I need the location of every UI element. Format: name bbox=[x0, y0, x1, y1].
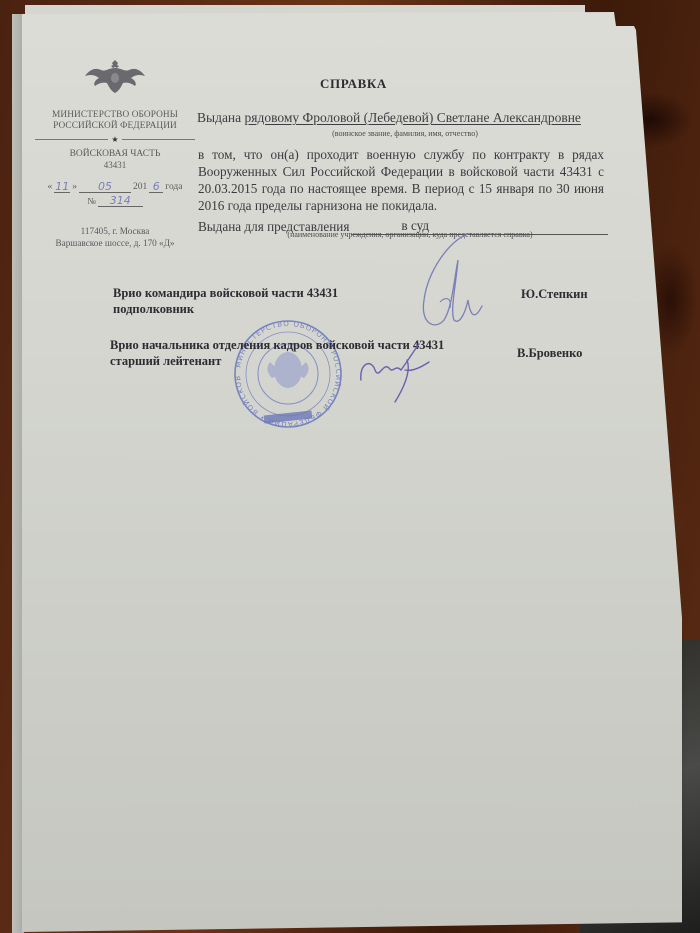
signatory-1-title: Врио командира войсковой части 43431 bbox=[113, 285, 338, 301]
double-headed-eagle-icon bbox=[80, 56, 150, 96]
address-line-2: Варшавское шоссе, д. 170 «Д» bbox=[35, 237, 195, 249]
header-divider: ★ bbox=[35, 134, 195, 145]
unit-label: ВОЙСКОВАЯ ЧАСТЬ bbox=[35, 149, 195, 160]
letterhead: МИНИСТЕРСТВО ОБОРОНЫ РОССИЙСКОЙ ФЕДЕРАЦИ… bbox=[35, 56, 195, 249]
recipient-name: рядовому Фроловой (Лебедевой) Светлане А… bbox=[245, 110, 581, 125]
certificate-body: в том, что он(а) проходит военную службу… bbox=[198, 146, 604, 214]
date-year-word: года bbox=[165, 182, 182, 193]
signatory-2-position: Врио начальника отделения кадров войсков… bbox=[110, 337, 444, 369]
date-month: 05 bbox=[79, 181, 131, 193]
number-value: 314 bbox=[98, 195, 143, 207]
signatory-2-title: Врио начальника отделения кадров войсков… bbox=[110, 337, 444, 353]
document-title: СПРАВКА bbox=[320, 76, 387, 92]
issued-to-line: Выдана рядовому Фроловой (Лебедевой) Све… bbox=[197, 110, 602, 126]
unit-number: 43431 bbox=[35, 160, 195, 171]
date-year-suffix: 6 bbox=[149, 181, 163, 193]
document-number: № 314 bbox=[35, 195, 195, 207]
issued-prefix: Выдана bbox=[197, 110, 241, 125]
date-day: 11 bbox=[54, 181, 70, 193]
signatory-1-position: Врио командира войсковой части 43431 под… bbox=[113, 285, 338, 317]
date-close-quote: » bbox=[72, 182, 77, 193]
issue-date: « 11 » 05 201 6 года bbox=[35, 181, 195, 193]
signatory-2-rank: старший лейтенант bbox=[110, 353, 444, 369]
presentation-caption: (наименование учреждения, организации, к… bbox=[240, 230, 580, 239]
star-icon: ★ bbox=[111, 134, 118, 145]
signatory-2-name: В.Бровенко bbox=[517, 346, 582, 361]
ministry-line-1: МИНИСТЕРСТВО ОБОРОНЫ bbox=[35, 110, 195, 121]
signatory-1-rank: подполковник bbox=[113, 301, 338, 317]
date-open-quote: « bbox=[48, 182, 53, 193]
address: 117405, г. Москва Варшавское шоссе, д. 1… bbox=[35, 225, 195, 249]
date-year-prefix: 201 bbox=[133, 182, 147, 193]
address-line-1: 117405, г. Москва bbox=[35, 225, 195, 237]
recipient-caption: (воинское звание, фамилия, имя, отчество… bbox=[285, 129, 525, 138]
ministry-line-2: РОССИЙСКОЙ ФЕДЕРАЦИИ bbox=[35, 121, 195, 132]
number-label: № bbox=[87, 196, 96, 207]
signatory-1-name: Ю.Степкин bbox=[521, 287, 588, 302]
